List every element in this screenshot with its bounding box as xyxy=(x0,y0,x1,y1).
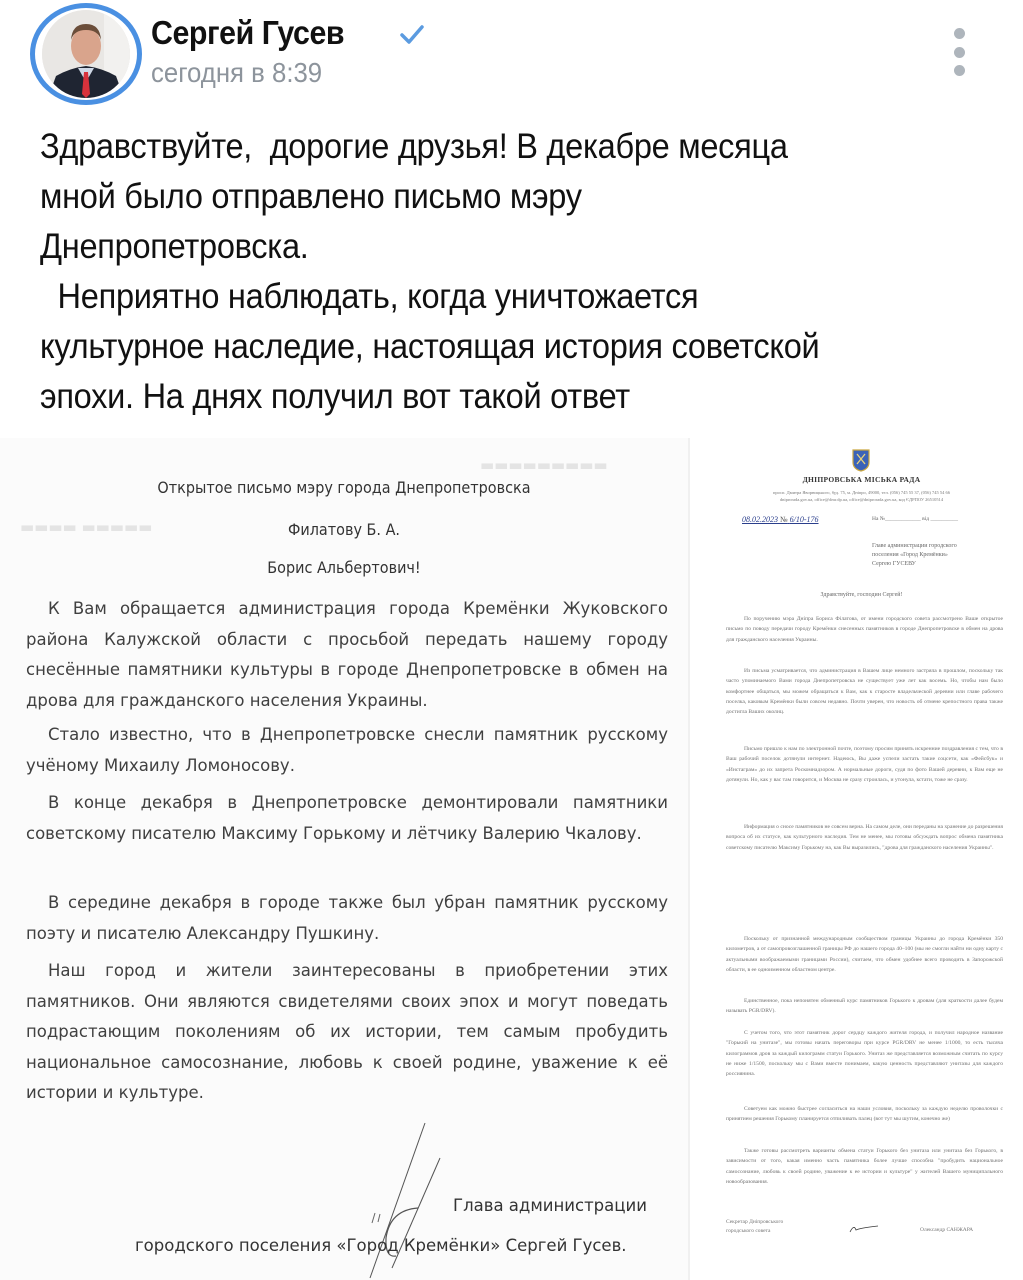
post-text-line: Днепропетровска. xyxy=(40,222,933,272)
post-header: Сергей Гусев сегодня в 8:39 xyxy=(0,0,1023,110)
letter-paragraph: В середине декабря в городе также был уб… xyxy=(26,888,668,949)
open-letter-scan: ▬▬▬▬▬▬▬▬▬ ▬▬▬▬ ▬▬▬▬▬ Открытое письмо мэр… xyxy=(0,438,688,1280)
letter-paragraph: Из письма усматривается, что администрац… xyxy=(726,666,1003,717)
response-letter: ДНІПРОВСЬКА МІСЬКА РАДА просп. Дмитра Яв… xyxy=(700,438,1023,1280)
letter-paragraph: Поскольку от признанной международным со… xyxy=(726,934,1003,975)
verified-check-icon xyxy=(398,22,426,48)
vertical-ellipsis-icon xyxy=(954,28,965,39)
organization-name: ДНІПРОВСЬКА МІСЬКА РАДА xyxy=(700,475,1023,484)
letter-paragraph: Стало известно, что в Днепропетровске сн… xyxy=(26,720,668,781)
letter-paragraph: Наш город и жители заинтересованы в прио… xyxy=(26,956,668,1109)
secretary-title: Секретар Дніпровського городського совет… xyxy=(726,1218,783,1236)
signature-name: городского поселения «Город Кремёнки» Се… xyxy=(135,1236,627,1255)
more-options-button[interactable] xyxy=(947,28,971,76)
post-timestamp[interactable]: сегодня в 8:39 xyxy=(151,57,322,89)
letter-paragraph: Письмо пришло к нам по электронной почте… xyxy=(726,744,1003,785)
post-image-attachment[interactable]: ▬▬▬▬▬▬▬▬▬ ▬▬▬▬ ▬▬▬▬▬ Открытое письмо мэр… xyxy=(0,438,1023,1280)
organization-address: просп. Дмитра Яворницького, буд. 75, м. … xyxy=(730,489,993,503)
handwritten-signature-icon xyxy=(848,1222,880,1234)
letter-paragraph: С учетом того, что этот памятник дорог с… xyxy=(726,1028,1003,1079)
post-text-line: мной было отправлено письмо мэру xyxy=(40,172,933,222)
post-text-line: культурное наследие, настоящая история с… xyxy=(40,322,933,372)
user-photo-icon xyxy=(42,10,130,98)
letter-title: Открытое письмо мэру города Днепропетров… xyxy=(34,478,653,497)
coat-of-arms-icon xyxy=(851,448,871,472)
letter-addressee: Филатову Б. А. xyxy=(34,520,653,539)
vertical-ellipsis-icon xyxy=(954,65,965,76)
handwritten-signature-icon xyxy=(330,1118,450,1280)
letter-addressee: Главе администрации городского поселения… xyxy=(872,542,957,569)
post-text: Здравствуйте, дорогие друзья! В декабре … xyxy=(40,122,1000,422)
bleed-through-text: ▬▬▬▬▬▬▬▬▬ xyxy=(480,456,608,474)
letter-paragraph: Советуем как можно быстрее согласиться н… xyxy=(726,1104,1003,1125)
reference-line: На №_____________ від __________ xyxy=(872,516,958,522)
vertical-ellipsis-icon xyxy=(954,47,965,58)
letter-paragraph: Информация о сносе памятников не совсем … xyxy=(726,822,1003,853)
letter-paragraph: Также готовы рассмотреть варианты обмена… xyxy=(726,1146,1003,1187)
post-text-line: Неприятно наблюдать, когда уничтожается xyxy=(40,272,933,322)
letter-paragraph: По поручению мэра Днiпра Бориса Фiлатова… xyxy=(726,614,1003,645)
letter-paragraph: К Вам обращается администрация города Кр… xyxy=(26,594,668,716)
author-avatar[interactable] xyxy=(30,3,142,105)
secretary-name: Олександр САНЖАРА xyxy=(920,1227,973,1233)
author-name[interactable]: Сергей Гусев xyxy=(151,14,344,52)
letter-greeting: Здравствуйте, господин Сергей! xyxy=(700,592,1023,598)
post-text-line: Здравствуйте, дорогие друзья! В декабре … xyxy=(40,122,933,172)
letter-salutation: Борис Альбертович! xyxy=(34,558,653,577)
post-text-line: эпохи. На днях получил вот такой ответ xyxy=(40,372,933,422)
letter-paragraph: В конце декабря в Днепропетровске демонт… xyxy=(26,788,668,849)
image-divider xyxy=(688,438,690,1280)
letter-paragraph: Единственное, пока непонятен обменный ку… xyxy=(726,996,1003,1017)
letter-date: 08.02.2023 № 6/10-176 xyxy=(742,515,819,524)
signature-title: Глава администрации xyxy=(453,1196,647,1215)
